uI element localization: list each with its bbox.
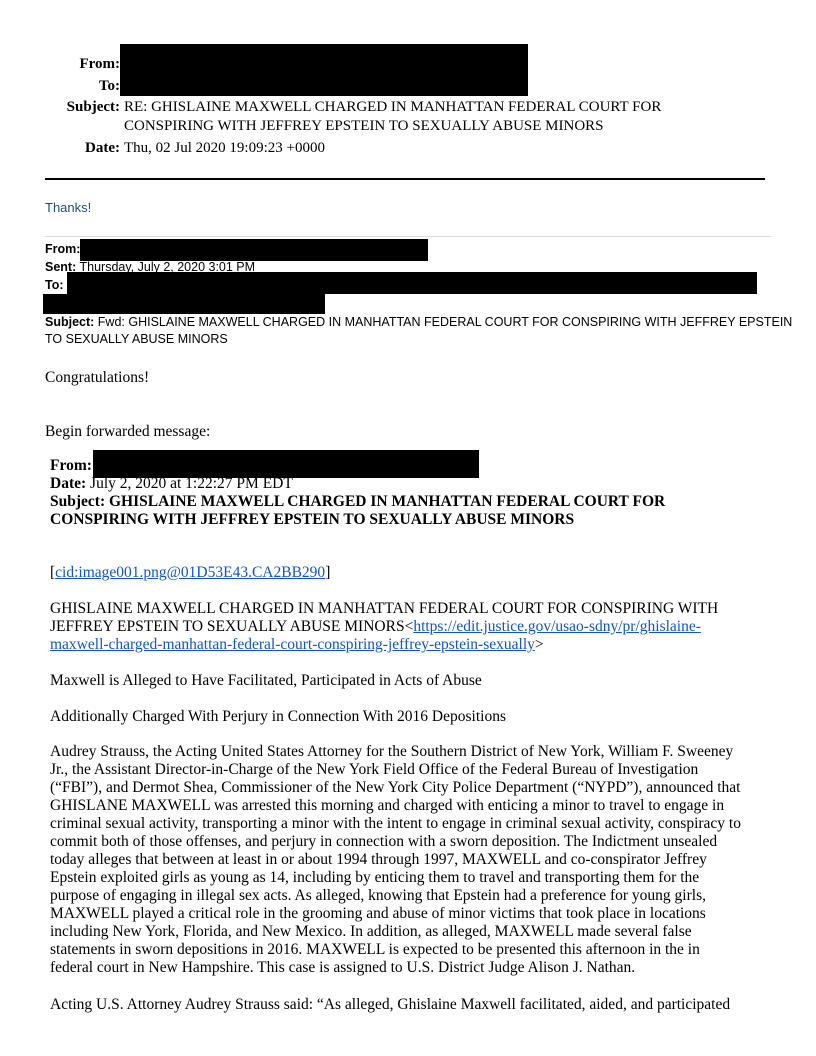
- fwd1-from-row: From:: [45, 241, 80, 258]
- fwd2-subject-row: Subject: GHISLAINE MAXWELL CHARGED IN MA…: [50, 493, 770, 511]
- subject-line-1: RE: GHISLAINE MAXWELL CHARGED IN MANHATT…: [124, 98, 661, 116]
- fwd2-subject-row-2: CONSPIRING WITH JEFFREY EPSTEIN TO SEXUA…: [50, 511, 770, 529]
- fwd1-subject-line-2: TO SEXUALLY ABUSE MINORS: [45, 332, 228, 346]
- fwd2-subject-label: Subject:: [50, 493, 105, 510]
- paragraph-line: Epstein exploited girls as young as 14, …: [50, 869, 770, 887]
- redaction-fwd2-from: [93, 450, 479, 478]
- header-divider: [45, 178, 765, 180]
- fwd1-body: Congratulations!: [45, 369, 149, 387]
- press-release-url-link-cont[interactable]: maxwell-charged-manhattan-federal-court-…: [50, 636, 535, 653]
- fwd2-date-label: Date:: [50, 475, 86, 492]
- paragraph-line: commit both of those offenses, and perju…: [50, 833, 770, 851]
- header-to-row: To:: [44, 77, 120, 95]
- paragraph-line: MAXWELL played a critical role in the gr…: [50, 905, 770, 923]
- subject-label: Subject:: [44, 98, 120, 116]
- press-subhead-1: Maxwell is Alleged to Have Facilitated, …: [50, 672, 770, 690]
- image-cid-link[interactable]: cid:image001.png@01D53E43.CA2BB290: [55, 564, 325, 581]
- redaction-fwd1-to-cont: [43, 294, 325, 314]
- fwd2-date-value: July 2, 2020 at 1:22:27 PM EDT: [90, 475, 293, 492]
- header-date-row: Date: Thu, 02 Jul 2020 19:09:23 +0000: [44, 139, 120, 157]
- fwd2-date-row: Date: July 2, 2020 at 1:22:27 PM EDT: [50, 475, 770, 493]
- paragraph-line: Audrey Strauss, the Acting United States…: [50, 743, 770, 761]
- paragraph-line: criminal sexual activity, transporting a…: [50, 815, 770, 833]
- reply-divider: [45, 236, 771, 237]
- header-subject-row-2: CONSPIRING WITH JEFFREY EPSTEIN TO SEXUA…: [44, 117, 120, 135]
- header-from-row: From:: [44, 55, 120, 73]
- begin-forwarded-label: Begin forwarded message:: [45, 423, 210, 441]
- fwd1-to-row: To:: [45, 277, 64, 294]
- redaction-fwd1-to: [67, 272, 757, 294]
- image-reference: [cid:image001.png@01D53E43.CA2BB290]: [50, 564, 770, 582]
- redaction-header-from-to: [120, 44, 528, 96]
- press-headline-line-2: JEFFREY EPSTEIN TO SEXUALLY ABUSE MINORS…: [50, 618, 770, 636]
- paragraph-line: statements in sworn depositions in 2016.…: [50, 941, 770, 959]
- fwd2-subject-line-1: GHISLAINE MAXWELL CHARGED IN MANHATTAN F…: [109, 493, 665, 510]
- fwd1-from-label: From:: [45, 242, 80, 256]
- fwd1-subject-row-2: TO SEXUALLY ABUSE MINORS: [45, 331, 228, 348]
- to-label: To:: [44, 77, 120, 95]
- paragraph-line: GHISLANE MAXWELL was arrested this morni…: [50, 797, 770, 815]
- press-subhead-2: Additionally Charged With Perjury in Con…: [50, 708, 770, 726]
- fwd1-subject-row: Subject: Fwd: GHISLAINE MAXWELL CHARGED …: [45, 314, 792, 331]
- press-headline-line-3: maxwell-charged-manhattan-federal-court-…: [50, 636, 770, 654]
- from-label: From:: [44, 55, 120, 73]
- paragraph-line: (“FBI”), and Dermot Shea, Commissioner o…: [50, 779, 770, 797]
- fwd1-subject-label: Subject:: [45, 315, 94, 329]
- fwd2-subject-line-2: CONSPIRING WITH JEFFREY EPSTEIN TO SEXUA…: [50, 511, 574, 528]
- header-subject-row: Subject: RE: GHISLAINE MAXWELL CHARGED I…: [44, 98, 120, 116]
- paragraph-line: Jr., the Assistant Director-in-Charge of…: [50, 761, 770, 779]
- paragraph-line: federal court in New Hampshire. This cas…: [50, 959, 770, 977]
- redaction-fwd1-from: [80, 239, 428, 261]
- press-paragraph-2: Acting U.S. Attorney Audrey Strauss said…: [50, 996, 770, 1014]
- date-value: Thu, 02 Jul 2020 19:09:23 +0000: [124, 139, 325, 157]
- subject-line-2: CONSPIRING WITH JEFFREY EPSTEIN TO SEXUA…: [124, 117, 604, 135]
- press-headline-line-1: GHISLAINE MAXWELL CHARGED IN MANHATTAN F…: [50, 600, 770, 618]
- paragraph-line: purpose of engaging in illegal sex acts.…: [50, 887, 770, 905]
- press-paragraph-1: Audrey Strauss, the Acting United States…: [50, 743, 770, 977]
- paragraph-line: today alleges that between at least in o…: [50, 851, 770, 869]
- press-release-url-link[interactable]: https://edit.justice.gov/usao-sdny/pr/gh…: [413, 618, 701, 635]
- date-label: Date:: [44, 139, 120, 157]
- paragraph-line: including New York, Florida, and New Mex…: [50, 923, 770, 941]
- fwd1-subject-line-1: Fwd: GHISLAINE MAXWELL CHARGED IN MANHAT…: [98, 315, 793, 329]
- fwd2-from-label: From:: [50, 457, 92, 474]
- fwd1-to-label: To:: [45, 278, 64, 292]
- reply-text: Thanks!: [45, 200, 91, 215]
